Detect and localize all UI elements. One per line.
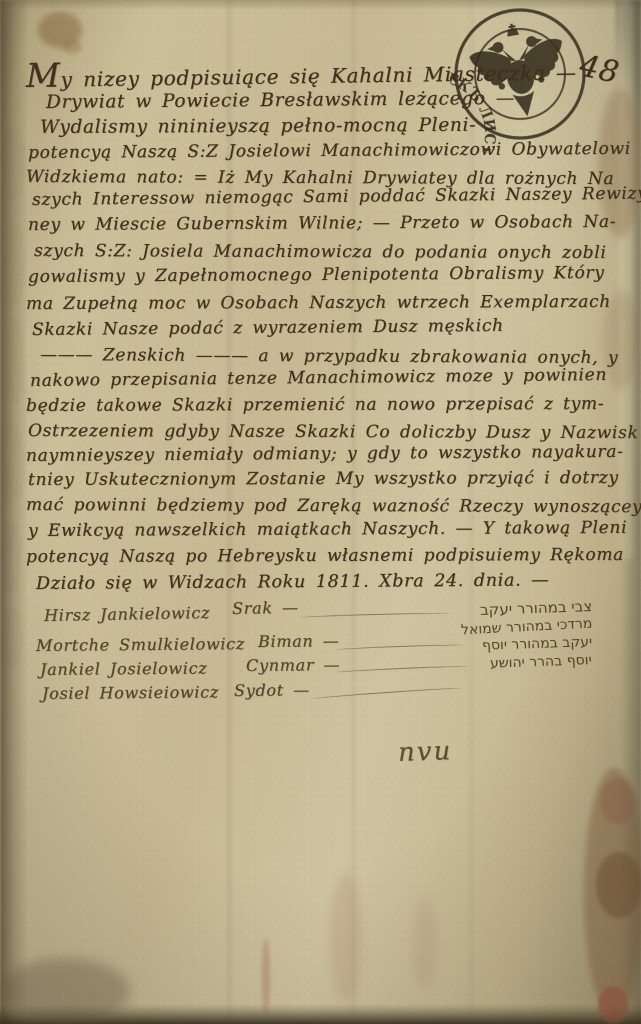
hebrew-signature: יוסף בהרר יהושע bbox=[490, 652, 592, 672]
manuscript-line: y Ewikcyą nawszelkich maiątkach Naszych.… bbox=[28, 518, 627, 541]
manuscript-line: szych S:Z: Josiela Manachimowicza do pod… bbox=[34, 241, 607, 263]
ink-stain bbox=[38, 12, 82, 48]
manuscript-line: ma Zupełną moc w Osobach Naszych wtrzech… bbox=[26, 292, 611, 314]
manuscript-line: tniey Uskutecznionym Zostanie My wszystk… bbox=[28, 468, 619, 490]
signature-name: Jankiel Josielowicz bbox=[40, 659, 208, 679]
manuscript-line: ——— Zenskich ——— a w przypadku zbrakowan… bbox=[40, 345, 618, 368]
manuscript-line: gowalismy y Zapełnomocnego Plenipotenta … bbox=[28, 263, 605, 287]
hebrew-signature: יעקב במהורר יוסף bbox=[482, 634, 593, 654]
signature-surname: Cynmar — bbox=[246, 655, 340, 675]
signature-rule bbox=[336, 644, 464, 651]
manuscript-line: szych Interessow niemogąc Sami poddać Sk… bbox=[32, 183, 641, 210]
manuscript-line: Wydalismy nininieyszą pełno-mocną Pleni- bbox=[40, 115, 476, 138]
signature-surname: Sydot — bbox=[234, 680, 310, 700]
signature-surname: Srak — bbox=[232, 598, 299, 618]
corner-shadow bbox=[615, 0, 641, 150]
red-crease-mark bbox=[262, 938, 270, 1014]
manuscript-line: potencyą Naszą po Hebreysku własnemi pod… bbox=[26, 545, 624, 567]
signature-rule bbox=[336, 665, 468, 674]
signature-name: Josiel Howsieiowicz bbox=[42, 682, 219, 703]
lower-annotation: nvu bbox=[397, 736, 452, 768]
signature-surname: Biman — bbox=[258, 631, 340, 651]
signature-name: Hirsz Jankielowicz bbox=[44, 603, 210, 625]
manuscript-line: Skazki Nasze podać z wyrazeniem Dusz męs… bbox=[32, 316, 504, 340]
manuscript-line: nakowo przepisania tenze Manachimowicz m… bbox=[30, 365, 607, 391]
manuscript-line: Działo się w Widzach Roku 1811. Xbra 24.… bbox=[36, 570, 549, 594]
manuscript-line: mać powinni będziemy pod Zaręką wazność … bbox=[26, 495, 641, 517]
ink-stain bbox=[62, 40, 82, 54]
paper-edge-bottom bbox=[0, 1004, 641, 1024]
signature-rule bbox=[312, 687, 462, 700]
paper-edge-left bbox=[0, 0, 28, 1024]
manuscript-line: ney w Miescie Gubernskim Wilnie; — Przet… bbox=[28, 212, 616, 235]
signature-rule bbox=[300, 612, 450, 619]
manuscript-line: Drywiat w Powiecie Bresławskim leżącego … bbox=[46, 88, 515, 113]
manuscript-page: ЛИСТЪ .1810 ГОДА. ЦѢНА 50 КОПѢЕКЪ 48 My … bbox=[0, 0, 641, 1024]
red-smudge bbox=[330, 872, 362, 1002]
signature-name: Mortche Smulkielowicz bbox=[36, 634, 245, 655]
manuscript-line: potencyą Naszą S:Z Josielowi Manachimowi… bbox=[28, 139, 631, 163]
manuscript-line: Ostrzezeniem gdyby Nasze Skazki Co dolic… bbox=[28, 421, 639, 443]
red-smudge bbox=[412, 898, 438, 990]
manuscript-line: naymnieyszey niemiały odmiany; y gdy to … bbox=[26, 442, 624, 466]
manuscript-line: będzie takowe Skazki przemienić na nowo … bbox=[26, 394, 604, 416]
